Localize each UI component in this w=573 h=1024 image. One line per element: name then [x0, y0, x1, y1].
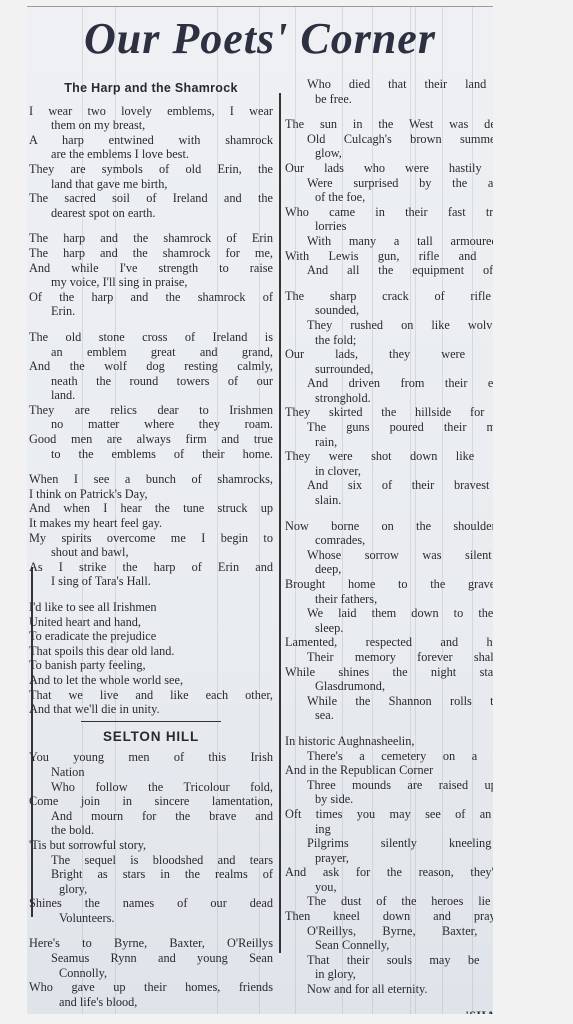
verse-line: Who gave up their homes, friends: [29, 980, 273, 995]
verse-line: You young men of this Irish: [29, 750, 273, 765]
verse-line: Volunteers.: [29, 911, 273, 926]
verse-line: sounded,: [285, 303, 493, 318]
verse-line: A harp entwined with shamrock: [29, 133, 273, 148]
verse-line: of the foe,: [285, 190, 493, 205]
verse-line: With many a tall armoured car,: [285, 234, 493, 249]
stanza: I'd like to see all Irishmen United hear…: [29, 600, 273, 717]
verse-line: They rushed on like wolves on: [285, 318, 493, 333]
verse-line: be free.: [285, 92, 493, 107]
verse-line: We laid them down to their last: [285, 606, 493, 621]
verse-line: ing: [285, 822, 493, 837]
verse-line: They were shot down like patridge: [285, 449, 493, 464]
verse-line: sleep.: [285, 621, 493, 636]
stanza: The old stone cross of Ireland is an emb…: [29, 330, 273, 461]
verse-line: Whose sorrow was silent and: [285, 548, 493, 563]
verse-line: They skirted the hillside for cover,: [285, 405, 493, 420]
verse-line: Who died that their land might: [285, 77, 493, 92]
verse-line: sea.: [285, 708, 493, 723]
verse-line: Were surprised by the approach: [285, 176, 493, 191]
verse-line: prayer,: [285, 851, 493, 866]
verse-line: 'Tis but sorrowful story,: [29, 838, 273, 853]
verse-line: And in the Republican Corner: [285, 763, 493, 778]
verse-line: As I strike the harp of Erin and: [29, 560, 273, 575]
verse-line: them on my breast,: [29, 118, 273, 133]
verse-line: glory,: [29, 882, 273, 897]
verse-line: And to let the whole world see,: [29, 673, 273, 688]
verse-line: I'd like to see all Irishmen: [29, 600, 273, 615]
stanza: The sun in the West was declining, Old C…: [285, 117, 493, 278]
verse-line: United heart and hand,: [29, 615, 273, 630]
verse-line: lorries: [285, 219, 493, 234]
verse-line: by side.: [285, 792, 493, 807]
verse-line: They are relics dear to Irishmen: [29, 403, 273, 418]
verse-line: shout and bawl,: [29, 545, 273, 560]
verse-line: O'Reillys, Byrne, Baxter, Rynn,: [285, 924, 493, 939]
verse-line: to the emblems of their home.: [29, 447, 273, 462]
verse-line: Connolly,: [29, 966, 273, 981]
verse-line: To banish party feeling,: [29, 658, 273, 673]
verse-line: glow,: [285, 146, 493, 161]
verse-line: They are symbols of old Erin, the: [29, 162, 273, 177]
verse-line: stronghold.: [285, 391, 493, 406]
verse-line: slain.: [285, 493, 493, 508]
verse-line: While shines the night star on: [285, 665, 493, 680]
verse-line: When I see a bunch of shamrocks,: [29, 472, 273, 487]
verse-line: The harp and the shamrock of Erin: [29, 231, 273, 246]
verse-line: you,: [285, 880, 493, 895]
verse-line: Erin.: [29, 304, 273, 319]
verse-line: no matter where they roam.: [29, 417, 273, 432]
verse-line: Now and for all eternity.: [285, 982, 493, 997]
poem-title-harp-shamrock: The Harp and the Shamrock: [29, 81, 273, 96]
verse-line: Glasdrumond,: [285, 679, 493, 694]
verse-line: Brought home to the graves of: [285, 577, 493, 592]
verse-line: Pilgrims silently kneeling in: [285, 836, 493, 851]
left-column: The Harp and the Shamrock I wear two lov…: [29, 77, 273, 1014]
verse-line: Three mounds are raised up side: [285, 778, 493, 793]
verse-line: That their souls may be shining: [285, 953, 493, 968]
verse-line: neath the round towers of our: [29, 374, 273, 389]
stanza: You young men of this Irish Nation Who f…: [29, 750, 273, 925]
verse-line: Of the harp and the shamrock of: [29, 290, 273, 305]
verse-line: Shines the names of our dead: [29, 896, 273, 911]
verse-line: are the emblems I love best.: [29, 147, 273, 162]
verse-line: I think on Patrick's Day,: [29, 487, 273, 502]
verse-line: That we live and like each other,: [29, 688, 273, 703]
stanza: The sharp crack of rifle has sounded, Th…: [285, 289, 493, 508]
verse-line: I wear two lovely emblems, I wear: [29, 104, 273, 119]
section-divider: [81, 721, 221, 722]
verse-line: My spirits overcome me I begin to: [29, 531, 273, 546]
verse-line: the bold.: [29, 823, 273, 838]
verse-line: While the Shannon rolls to the: [285, 694, 493, 709]
verse-line: Nation: [29, 765, 273, 780]
verse-line: The guns poured their merciless: [285, 420, 493, 435]
page-title: Our Poets' Corner: [27, 9, 493, 69]
verse-line: The sharp crack of rifle has: [285, 289, 493, 304]
verse-line: Then kneel down and pray for: [285, 909, 493, 924]
verse-line: land that gave me birth,: [29, 177, 273, 192]
verse-line: I sing of Tara's Hall.: [29, 574, 273, 589]
verse-line: dearest spot on earth.: [29, 206, 273, 221]
verse-line: The old stone cross of Ireland is: [29, 330, 273, 345]
newspaper-clipping: Our Poets' Corner The Harp and the Shamr…: [27, 6, 493, 1014]
poem-title-selton-hill: SELTON HILL: [29, 730, 273, 745]
verse-line: Our lads who were hastily dining: [285, 161, 493, 176]
verse-line: And ask for the reason, they'll tell: [285, 865, 493, 880]
stanza: In historic Aughnasheelin, There's a cem…: [285, 734, 493, 997]
verse-line: Sean Connelly,: [285, 938, 493, 953]
verse-line: The dust of the heroes lie there.: [285, 894, 493, 909]
verse-line: To eradicate the prejudice: [29, 629, 273, 644]
verse-line: the fold;: [285, 333, 493, 348]
verse-line: Lamented, respected and honoured: [285, 635, 493, 650]
verse-line: It makes my heart feel gay.: [29, 516, 273, 531]
verse-line: land.: [29, 388, 273, 403]
verse-line: Here's to Byrne, Baxter, O'Reillys: [29, 936, 273, 951]
verse-line: Now borne on the shoulders of: [285, 519, 493, 534]
verse-line: The sequel is bloodshed and tears: [29, 853, 273, 868]
verse-line: in glory,: [285, 967, 493, 982]
stanza: Here's to Byrne, Baxter, O'Reillys Seamu…: [29, 936, 273, 1009]
verse-line: in clover,: [285, 464, 493, 479]
verse-line: And driven from their erstwhile: [285, 376, 493, 391]
verse-line: And all the equipment of war.: [285, 263, 493, 278]
verse-line: Their memory forever shall be,: [285, 650, 493, 665]
stanza: I wear two lovely emblems, I wear them o…: [29, 104, 273, 221]
verse-line: deep,: [285, 562, 493, 577]
verse-line: Good men are always firm and true: [29, 432, 273, 447]
verse-line: And mourn for the brave and: [29, 809, 273, 824]
verse-line: Bright as stars in the realms of: [29, 867, 273, 882]
stanza: Who died that their land might be free.: [285, 77, 493, 106]
verse-line: my voice, I'll sing in praise,: [29, 275, 273, 290]
verse-line: There's a cemetery on a hillside,: [285, 749, 493, 764]
stanza: Now borne on the shoulders of comrades, …: [285, 519, 493, 723]
verse-line: And that we'll die in unity.: [29, 702, 273, 717]
verse-line: The sacred soil of Ireland and the: [29, 191, 273, 206]
verse-line: Seamus Rynn and young Sean: [29, 951, 273, 966]
verse-line: That spoils this dear old land.: [29, 644, 273, 659]
verse-line: and life's blood,: [29, 995, 273, 1010]
verse-line: rain,: [285, 435, 493, 450]
verse-line: Come join in sincere lamentation,: [29, 794, 273, 809]
verse-line: comrades,: [285, 533, 493, 548]
verse-line: In historic Aughnasheelin,: [285, 734, 493, 749]
verse-line: And when I hear the tune struck up: [29, 501, 273, 516]
verse-line: The harp and the shamrock for me,: [29, 246, 273, 261]
stanza: The harp and the shamrock of Erin The ha…: [29, 231, 273, 319]
verse-line: And while I've strength to raise: [29, 261, 273, 276]
verse-line: their fathers,: [285, 592, 493, 607]
verse-line: The sun in the West was declining,: [285, 117, 493, 132]
verse-line: Who follow the Tricolour fold,: [29, 780, 273, 795]
verse-line: Our lads, they were quickly: [285, 347, 493, 362]
author-signature: 'SHAUN": [285, 1008, 493, 1014]
verse-line: With Lewis gun, rifle and maxim,: [285, 249, 493, 264]
verse-line: And six of their bravest were: [285, 478, 493, 493]
right-column: Who died that their land might be free. …: [285, 77, 493, 1014]
verse-line: And the wolf dog resting calmly,: [29, 359, 273, 374]
stanza: When I see a bunch of shamrocks, I think…: [29, 472, 273, 589]
verse-line: Old Culcagh's brown summet did: [285, 132, 493, 147]
verse-line: Who came in their fast travelling: [285, 205, 493, 220]
verse-line: Oft times you may see of an even-: [285, 807, 493, 822]
verse-line: surrounded,: [285, 362, 493, 377]
column-divider: [279, 93, 281, 953]
verse-line: an emblem great and grand,: [29, 345, 273, 360]
